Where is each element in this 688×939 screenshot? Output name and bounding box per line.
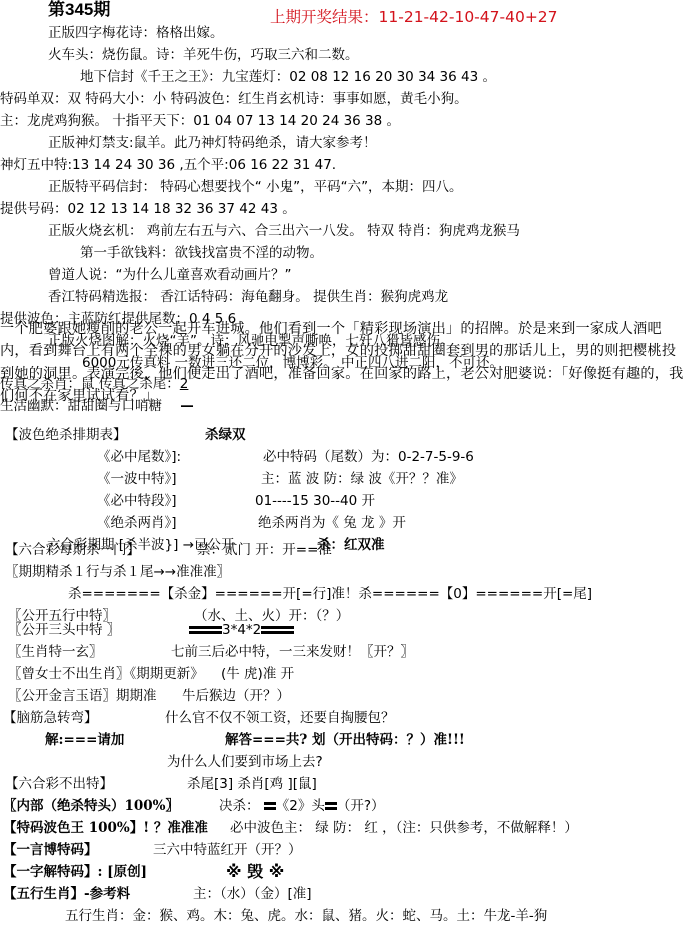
row-label: 《必中尾数》]: (97, 449, 181, 465)
row-label: 《一波中特》] (97, 471, 177, 487)
row-value: 绝杀两肖为《 兔 龙 》开 (258, 513, 406, 533)
row-label: 《绝杀两肖》] (97, 515, 177, 531)
row-value: 必中特码（尾数）为：0-2-7-5-9-6 (263, 447, 474, 467)
five-zodiac-value: 主：（水）（金）[准] (193, 884, 312, 904)
ms-zeng-row: 〖曾女士不出生肖〗《期期更新》 (牛 虎)准 开 (8, 664, 204, 684)
last-result: 上期开奖结果：11-21-42-10-47-40+27 (270, 7, 558, 27)
row-value: 主：蓝 波 防：绿 波《开？？准》 (261, 469, 463, 489)
three-heads-label: 〖公开三头中特 〗 (8, 622, 120, 638)
table-header-label: 【波色绝杀排期表】 (5, 427, 127, 443)
answer-hint: 解:===请加 (45, 732, 124, 748)
fire-mystery: 正版火烧玄机： 鸡前左右五与六、合三出六一八发。 特双 特肖：狗虎鸡龙猴马 (48, 221, 520, 241)
hongkong-report: 香江特码精选报： 香江话特码：海龟翻身。 提供生肖：猴狗虎鸡龙 (48, 287, 448, 307)
underground-envelope: 地下信封《千王之王》：九宝莲灯：02 08 12 16 20 30 34 36 … (80, 67, 496, 87)
three-heads-row: 〖公开三头中特 〗 3*4*2 (8, 620, 120, 640)
first-hand: 第一手欲钱料：欲钱找富贵不淫的动物。 (80, 243, 323, 263)
zeng-says: 曾道人说：“为什么儿童喜欢看动画片？” (48, 265, 292, 285)
plum-poem: 正版四字梅花诗：格格出嫁。 (48, 23, 224, 43)
answer-text: 解答===共? 划（开出特码：？）准!!! (225, 730, 465, 750)
kill-gate-label: 【六合彩每期杀一门】 (5, 542, 140, 558)
head-value: 《2》头 (276, 798, 325, 814)
market-question: 为什么人们要到市场上去? (167, 752, 323, 772)
golden-words-value: 牛后猴边（开？） (182, 686, 290, 706)
kill-gate-value: 禁：贰门 开：开==准 (197, 540, 332, 560)
one-word-label: 【一言博特码】 (3, 842, 98, 858)
provided-numbers: 提供号码：02 12 13 14 18 32 36 37 42 43 。 (0, 199, 296, 219)
issue-title: 第345期 (48, 0, 110, 20)
no-special-row: 【六合彩不出特】 杀尾[3] 杀肖[鸡 ][鼠] (5, 774, 113, 794)
one-word-row: 【一言博特码】 三六中特蓝红开（开？） (3, 840, 98, 860)
row-label: 《必中特段》] (97, 493, 177, 509)
three-heads-number: 3*4*2 (222, 622, 261, 638)
table-header-value: 杀绿双 (205, 425, 246, 445)
train-head: 火车头：烧伤鼠。诗：羊死牛伤，巧取三六和二数。 (48, 45, 359, 65)
golden-words-row: 〖公开金言玉语〗期期准 牛后猴边（开？） (8, 686, 157, 706)
internal-kill-label: 〖内部（绝杀特头）100%〗 (3, 798, 179, 814)
internal-kill-row: 〖内部（绝杀特头）100%〗 决杀： 《2》头（开?） (3, 796, 179, 816)
three-heads-value: 3*4*2 (189, 620, 294, 640)
zodiac-mystery-label: 〖生肖特一玄〗 (8, 644, 103, 660)
char-decode-value: ※ 毁 ※ (226, 862, 284, 882)
wave-king-row: 【特码波色王 100%】! ？准准准 必中波色主： 绿 防： 红 ，（注：只供参… (3, 818, 208, 838)
wave-king-label: 【特码波色王 100%】! ？准准准 (3, 820, 208, 836)
kill-one-gate: 【六合彩每期杀一门】 禁：贰门 开：开==准 (5, 540, 140, 560)
lamp-five: 神灯五中特:13 14 24 30 36 ,五个平:06 16 22 31 47… (0, 155, 336, 175)
no-special-value: 杀尾[3] 杀肖[鸡 ][鼠] (187, 774, 317, 794)
main-zodiac: 主：龙虎鸡狗猴。 十指平天下：01 04 07 13 14 20 24 36 3… (0, 111, 400, 131)
table-row: 《必中尾数》]: 必中特码（尾数）为：0-2-7-5-9-6 (97, 447, 181, 467)
wave-kill-table-header: 【波色绝杀排期表】 杀绿双 (5, 425, 127, 445)
char-decode-label: 【一字解特码】: [原创] (3, 864, 147, 880)
ms-zeng-label: 〖曾女士不出生肖〗《期期更新》 (8, 666, 204, 682)
decisive-kill-label: 决杀： (219, 798, 260, 814)
special-code-info: 特码单双：双 特码大小：小 特码波色：红生肖玄机诗：事事如愿，黄毛小狗。 (0, 89, 468, 109)
last-result-numbers: 11-21-42-10-47-40+27 (379, 8, 558, 26)
last-result-label: 上期开奖结果： (270, 8, 379, 26)
bar-mark-icon (264, 800, 276, 812)
no-special-label: 【六合彩不出特】 (5, 776, 113, 792)
ms-zeng-value: (牛 虎)准 开 (221, 664, 294, 684)
zodiac-mystery-row: 〖生肖特一玄〗 七前三后必中特，一三来发财！〖开？〗 (8, 642, 103, 662)
lamp-ban: 正版神灯禁支:鼠羊。此乃神灯特码绝杀，请大家参考！ (48, 133, 377, 153)
zodiac-mystery-value: 七前三后必中特，一三来发财！〖开？〗 (171, 642, 414, 662)
bar-mark-icon (261, 624, 294, 636)
wave-king-value: 必中波色主： 绿 防： 红 ，（注：只供参考，不做解释！） (230, 818, 578, 838)
row-value: 01----15 30--40 开 (255, 491, 375, 511)
open-hint: （开?） (337, 798, 385, 814)
bar-mark-icon (189, 624, 222, 636)
one-word-value: 三六中特蓝红开（开？） (153, 840, 302, 860)
table-row: 《一波中特》] 主：蓝 波 防：绿 波《开？？准》 (97, 469, 177, 489)
flat-code-envelope: 正版特平码信封： 特码心想要找个“ 小鬼”，平码“六”，本期：四八。 (48, 177, 463, 197)
brain-teaser-question: 什么官不仅不领工资，还要自掏腰包？ (165, 708, 395, 728)
table-row: 《必中特段》] 01----15 30--40 开 (97, 491, 177, 511)
five-zodiac-row: 【五行生肖】-参考料 主：（水）（金）[准] (3, 884, 130, 904)
char-decode-row: 【一字解特码】: [原创] ※ 毁 ※ (3, 862, 147, 882)
internal-kill-value: 决杀： 《2》头（开?） (219, 796, 385, 816)
five-zodiac-label: 【五行生肖】-参考料 (3, 886, 130, 902)
answer-row: 解:===请加 解答===共? 划（开出特码：？）准!!! (45, 730, 124, 750)
kill-row-tail: 〖期期精杀１行与杀１尾→→准准准〗 (5, 562, 230, 582)
kill-gold-row: 杀=======【杀金】======开[=行]准！杀======【0】=====… (68, 584, 592, 604)
joke-paragraph: 一个肥婆跟她瘦削的老公一起开车进城。他们看到一个「精彩现场演出」的招牌。於是来到… (0, 318, 688, 407)
bar-mark-icon (325, 800, 337, 812)
brain-teaser-row: 【脑筋急转弯】 什么官不仅不领工资，还要自掏腰包？ (3, 708, 98, 728)
brain-teaser-label: 【脑筋急转弯】 (3, 710, 98, 726)
table-row: 《绝杀两肖》] 绝杀两肖为《 兔 龙 》开 (97, 513, 177, 533)
golden-words-label: 〖公开金言玉语〗期期准 (8, 688, 157, 704)
five-zodiac-list: 五行生肖：金：猴、鸡。木：兔、虎。水：鼠、猪。火：蛇、马。土：牛龙-羊-狗 (65, 906, 547, 926)
